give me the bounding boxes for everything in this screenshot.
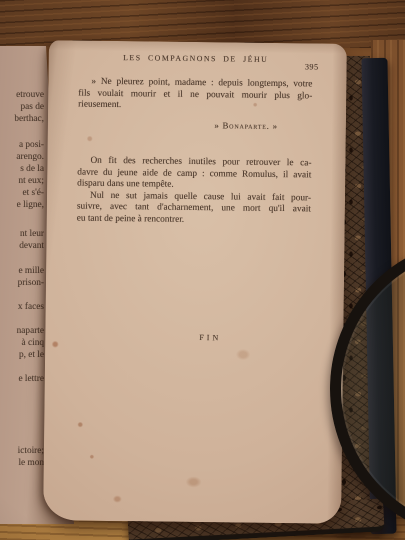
facing-page-text-fragment: a posi- (0, 140, 44, 150)
page-header: LES COMPAGNONS DE JÉHU 395 (79, 53, 313, 70)
facing-page-text-fragment: p, et le (0, 350, 44, 360)
facing-page-text-fragment: à cinq (0, 338, 44, 348)
facing-page-text-fragment: berthac, (0, 114, 44, 124)
facing-page-text-fragment: pas de (0, 102, 44, 112)
facing-page-text-fragment: prison- (0, 278, 44, 288)
facing-page-text-fragment: naparte (0, 326, 44, 336)
body-paragraphs: On fit des recherches inutiles pour retr… (77, 156, 312, 228)
facing-page-text-fragment: s de la (0, 164, 44, 174)
facing-page-text-fragment: e ligne, (0, 200, 44, 210)
book-page: LES COMPAGNONS DE JÉHU 395 » Ne pleurez … (43, 40, 347, 524)
facing-page-text-fragment: le mon (0, 458, 44, 468)
facing-page-text-fragment: ictoire; (0, 446, 44, 456)
facing-page-text-fragment: arengo. (0, 152, 44, 162)
facing-page-text-fragment: e lettre (0, 374, 44, 384)
page-number: 395 (305, 62, 319, 71)
facing-page-text-fragment: et s'é- (0, 188, 44, 198)
facing-page-text-fragment: devant (0, 241, 44, 251)
facing-page-text-fragment: x faces (0, 302, 44, 312)
running-title: LES COMPAGNONS DE JÉHU (79, 53, 313, 65)
facing-page-text-fragment: nt leur (0, 229, 44, 239)
facing-page-text-fragment: nt eux; (0, 176, 44, 186)
facing-page-text-fragment: etrouve (0, 90, 44, 100)
facing-page-text-fragment: e mille (0, 266, 44, 276)
letter-quote-paragraph: » Ne pleurez point, madame : depuis long… (78, 77, 312, 114)
photo-open-book-on-table: etrouve pas de berthac, a posi- arengo. … (0, 0, 405, 540)
